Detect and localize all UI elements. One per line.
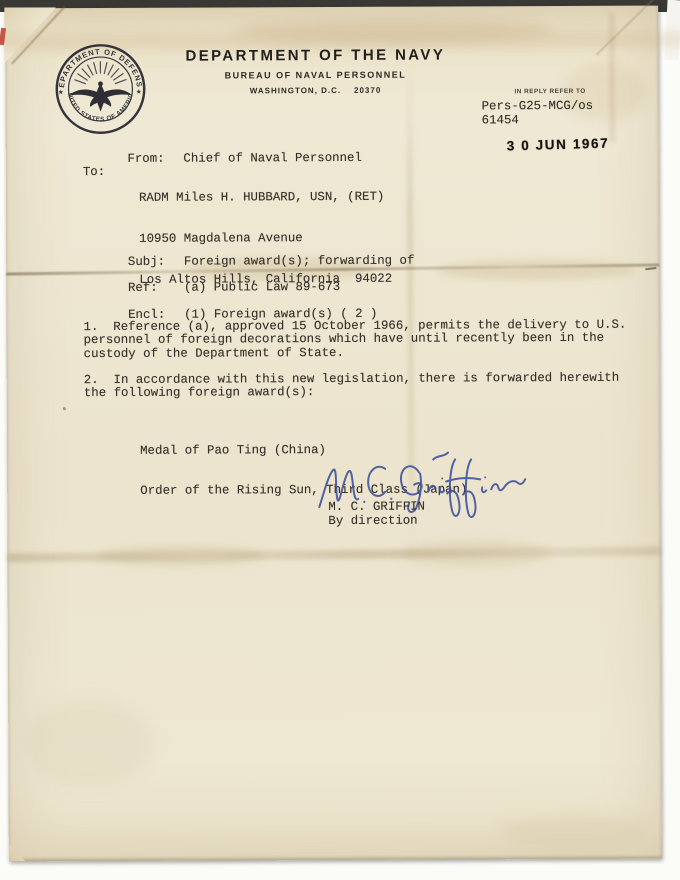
paragraph-1: 1. Reference (a), approved 15 October 19… bbox=[84, 319, 627, 362]
stain bbox=[24, 698, 154, 789]
edge-mark bbox=[645, 267, 656, 270]
ink-speck bbox=[63, 407, 66, 410]
date-stamp: 3 0 JUN 1967 bbox=[507, 136, 610, 154]
scanned-letter: DEPARTMENT OF DEFENSE UNITED STATES OF A… bbox=[0, 0, 680, 880]
reply-serial: 61454 bbox=[482, 113, 519, 127]
seal-star-left: ★ bbox=[58, 89, 64, 96]
signer-title: By direction bbox=[328, 514, 417, 528]
letterhead-bureau: BUREAU OF NAVAL PERSONNEL bbox=[125, 69, 505, 81]
horizontal-fold-crease bbox=[7, 547, 660, 563]
paragraph-2: 2. In accordance with this new legislati… bbox=[84, 372, 619, 401]
to-line: RADM Miles H. HUBBARD, USN, (RET) bbox=[139, 191, 392, 206]
paper-edge-sliver bbox=[664, 0, 680, 60]
reply-code: Pers-G25-MCG/os bbox=[482, 99, 594, 113]
letterhead: DEPARTMENT OF THE NAVY BUREAU OF NAVAL P… bbox=[125, 46, 505, 96]
vertical-crease bbox=[609, 12, 615, 142]
in-reply-refer-label: IN REPLY REFER TO bbox=[514, 88, 585, 95]
corner-fold-bottom-left bbox=[9, 844, 26, 861]
seal-glory-rays bbox=[75, 62, 126, 84]
to-label: To: bbox=[83, 165, 105, 179]
letter-page: DEPARTMENT OF DEFENSE UNITED STATES OF A… bbox=[5, 6, 662, 862]
stain bbox=[499, 816, 649, 851]
signer-name: M. C. GRIFFIN bbox=[328, 500, 425, 514]
stain bbox=[436, 260, 636, 281]
letterhead-department: DEPARTMENT OF THE NAVY bbox=[125, 46, 505, 65]
letterhead-city: WASHINGTON, D.C. 20370 bbox=[125, 85, 505, 96]
